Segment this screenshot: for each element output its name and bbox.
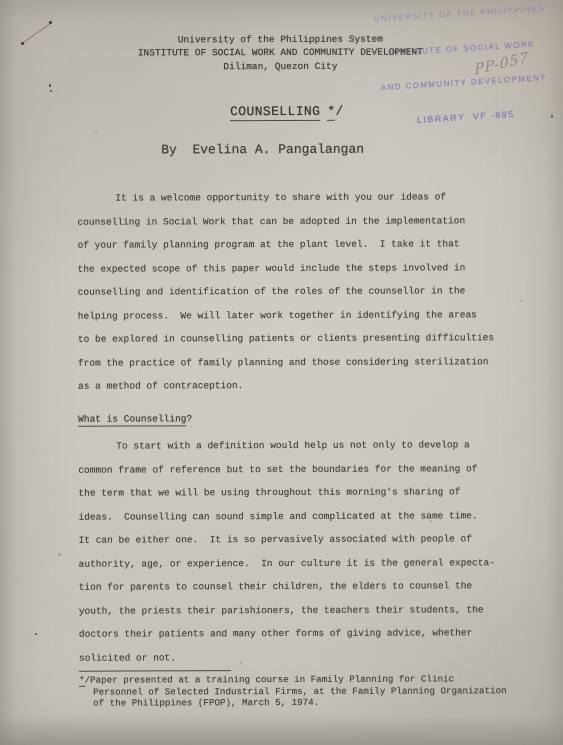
paragraph-line: counselling in Social Work that can be a…	[77, 209, 537, 234]
paragraph-line: solicited or not.	[79, 645, 539, 670]
paragraph-line: helping process. We will later work toge…	[78, 303, 538, 328]
page-title: COUNSELLING*/	[230, 104, 344, 119]
scanned-document-page: UNIVERSITY OF THE PHILIPPINES INSTITUTE …	[0, 0, 563, 745]
paragraph-line: counselling and identification of the ro…	[78, 279, 538, 304]
paragraph-line: ideas. Counselling can sound simple and …	[78, 504, 538, 529]
byline: By Evelina A. Pangalangan	[161, 142, 364, 158]
paragraph-line: youth, the priests their parishioners, t…	[79, 598, 539, 623]
paragraph-line: of your family planning program at the p…	[78, 232, 538, 257]
paragraph-line: to be explored in counselling patients o…	[78, 326, 538, 351]
paragraph-line: from the practice of family planning and…	[78, 350, 538, 375]
title-text: COUNSELLING	[230, 104, 320, 121]
footnote-line: of the Philippines (FPOP), March 5, 1974…	[79, 696, 507, 709]
letterhead-line-3: Diliman, Quezon City	[0, 59, 562, 74]
section-heading: What is Counselling?	[78, 413, 192, 424]
section-heading-qmark: ?	[186, 413, 192, 424]
footnote-line: Personnel of Selected Industrial Firms, …	[79, 685, 507, 698]
footnote: */Paper presented at a training course i…	[79, 673, 507, 709]
paragraph-line: doctors their patients and many other fo…	[79, 621, 539, 646]
footnote-separator	[79, 670, 231, 672]
footnote-line: */Paper presented at a training course i…	[79, 673, 507, 686]
paragraph-line: the expected scope of this paper would i…	[78, 256, 538, 281]
paragraph-line: common frame of reference but to set the…	[78, 457, 538, 482]
paragraph-line: It is a welcome opportunity to share wit…	[77, 185, 537, 210]
typed-content: University of the Philippines System INS…	[0, 0, 563, 745]
paragraph-line: It can be either one. It is so pervasive…	[79, 527, 539, 552]
letterhead: University of the Philippines System INS…	[0, 32, 562, 74]
paragraph-line: as a method of contraception.	[78, 373, 538, 398]
paragraph-line: authority, age, or experience. In our cu…	[79, 551, 539, 576]
paragraph-line: To start with a definition would help us…	[78, 433, 538, 458]
footnote-line-1-text: /Paper presented at a training course in…	[85, 673, 454, 685]
section-heading-text: What is Counselling	[78, 413, 186, 426]
paragraph-2: To start with a definition would help us…	[78, 433, 539, 670]
paragraph-line: tion for parents to counsel their childr…	[79, 574, 539, 599]
paragraph-line: the term that we will be using throughou…	[78, 480, 538, 505]
title-slash: /	[335, 104, 343, 119]
paragraph-1: It is a welcome opportunity to share wit…	[77, 185, 538, 398]
